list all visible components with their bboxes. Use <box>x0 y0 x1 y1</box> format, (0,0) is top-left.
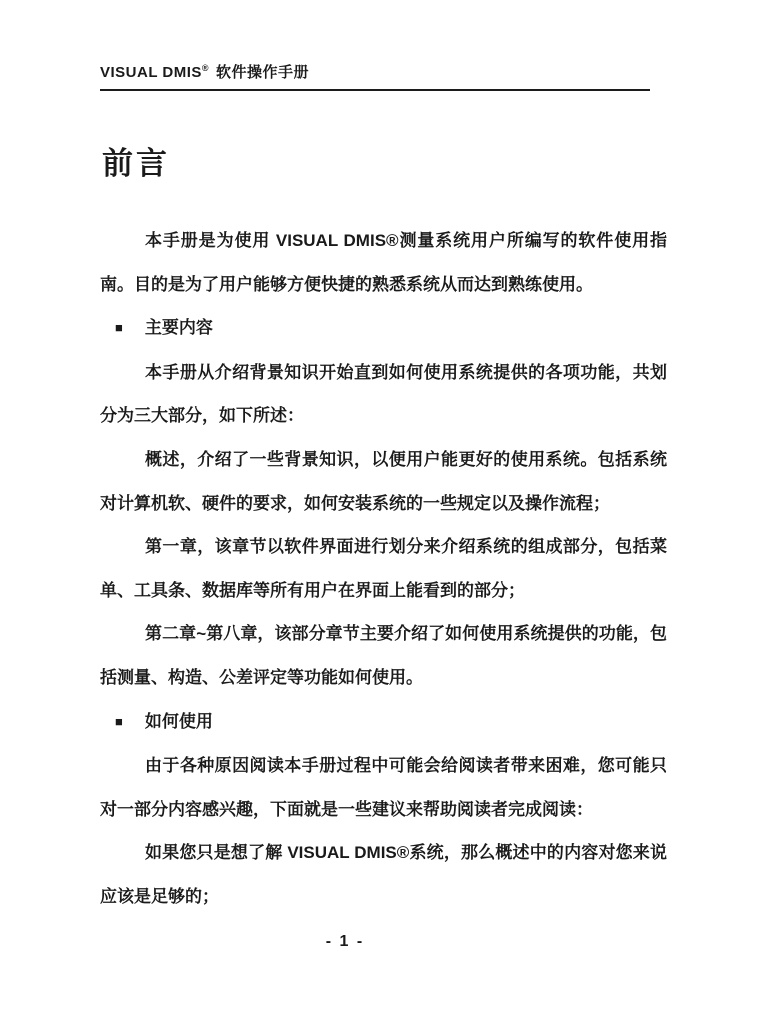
section-heading-main-content: ■主要内容 <box>100 306 667 351</box>
document-page: VISUAL DMIS®软件操作手册 前言 本手册是为使用 VISUAL DMI… <box>0 0 768 1024</box>
paragraph: 由于各种原因阅读本手册过程中可能会给阅读者带来困难，您可能只对一部分内容感兴趣，… <box>100 744 667 831</box>
bullet-square-icon: ■ <box>115 700 123 744</box>
section-heading-how-to-use: ■如何使用 <box>100 700 667 745</box>
paragraph: 概述，介绍了一些背景知识，以便用户能更好的使用系统。包括系统对计算机软、硬件的要… <box>100 438 667 525</box>
section-heading-label: 主要内容 <box>145 318 213 337</box>
paragraph: 如果您只是想了解 VISUAL DMIS®系统，那么概述中的内容对您来说应该是足… <box>100 831 667 918</box>
paragraph: 第一章，该章节以软件界面进行划分来介绍系统的组成部分，包括菜单、工具条、数据库等… <box>100 525 667 612</box>
paragraph: 第二章~第八章，该部分章节主要介绍了如何使用系统提供的功能，包括测量、构造、公差… <box>100 612 667 699</box>
header-product-name: VISUAL DMIS <box>100 64 202 81</box>
page-title: 前言 <box>102 144 170 184</box>
intro-paragraph: 本手册是为使用 VISUAL DMIS®测量系统用户所编写的软件使用指南。目的是… <box>100 219 667 306</box>
running-header: VISUAL DMIS®软件操作手册 <box>100 61 650 91</box>
section-heading-label: 如何使用 <box>145 712 213 731</box>
bullet-square-icon: ■ <box>115 306 123 350</box>
page-footer: - 1 - <box>0 933 690 951</box>
page-number: - 1 - <box>326 933 364 950</box>
paragraph: 本手册从介绍背景知识开始直到如何使用系统提供的各项功能，共划分为三大部分，如下所… <box>100 351 667 438</box>
header-manual-title: 软件操作手册 <box>216 64 309 81</box>
body-content: 本手册是为使用 VISUAL DMIS®测量系统用户所编写的软件使用指南。目的是… <box>100 219 667 919</box>
registered-trademark-symbol: ® <box>202 63 209 73</box>
